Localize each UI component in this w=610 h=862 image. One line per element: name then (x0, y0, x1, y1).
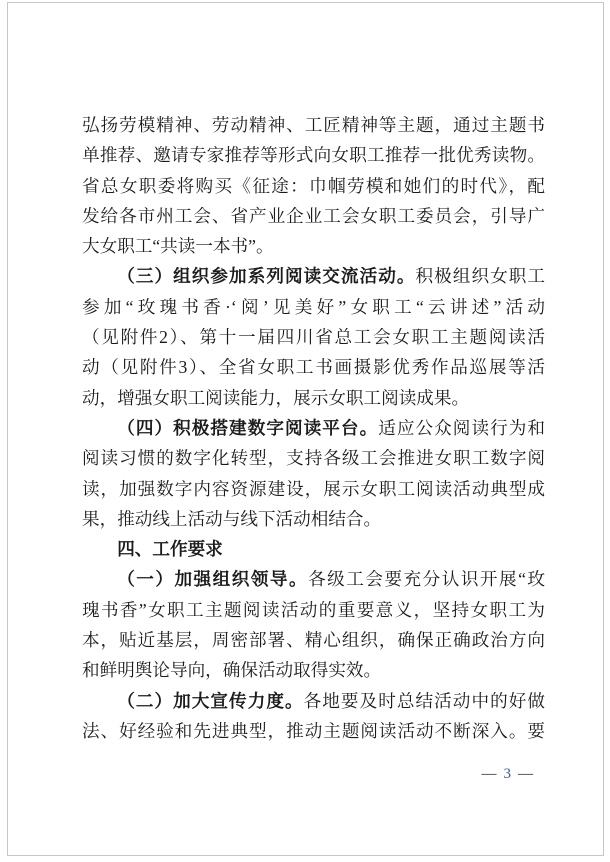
body-text: 动（见附件3）、全省女职工书画摄影优秀作品巡展等活 (82, 357, 545, 377)
text-line: 动（见附件3）、全省女职工书画摄影优秀作品巡展等活 (82, 352, 545, 382)
bold-lead-text: 四、工作要求 (117, 539, 223, 559)
text-line: 读，加强数字内容资源建设，展示女职工阅读活动典型成 (82, 474, 545, 504)
text-line: 和鲜明舆论导向，确保活动取得实效。 (82, 655, 545, 685)
text-line: （三）组织参加系列阅读交流活动。积极组织女职工 (82, 261, 545, 291)
page-number-value: 3 (504, 766, 512, 782)
document-page: { "page": { "background": "#ffffff", "bo… (0, 0, 610, 862)
bold-lead-text: （三）组织参加系列阅读交流活动。 (117, 266, 415, 286)
body-text: 和鲜明舆论导向，确保活动取得实效。 (82, 660, 381, 680)
body-text: 参加“玫瑰书香·‘阅’见美好”女职工“云讲述”活动 (82, 297, 545, 317)
body-text: 积极组织女职工 (416, 266, 545, 286)
bold-lead-text: （四）积极搭建数字阅读平台。 (117, 418, 378, 438)
text-line: 法、好经验和先进典型，推动主题阅读活动不断深入。要 (82, 716, 545, 746)
text-line: 单推荐、邀请专家推荐等形式向女职工推荐一批优秀读物。 (82, 140, 545, 170)
body-text: 单推荐、邀请专家推荐等形式向女职工推荐一批优秀读物。 (82, 145, 545, 165)
text-line: （二）加大宣传力度。各地要及时总结活动中的好做 (82, 686, 545, 716)
body-text: 本，贴近基层，周密部署、精心组织，确保正确政治方向 (82, 630, 545, 650)
text-line: 瑰书香”女职工主题阅读活动的重要意义，坚持女职工为 (82, 595, 545, 625)
text-line: 阅读习惯的数字化转型，支持各级工会推进女职工数字阅 (82, 443, 545, 473)
text-line: 省总女职委将购买《征途：巾帼劳模和她们的时代》，配 (82, 171, 545, 201)
text-line: （一）加强组织领导。各级工会要充分认识开展“玫 (82, 564, 545, 594)
body-text: 法、好经验和先进典型，推动主题阅读活动不断深入。要 (82, 721, 545, 741)
body-text: 各地要及时总结活动中的好做 (304, 691, 545, 711)
body-text: 阅读习惯的数字化转型，支持各级工会推进女职工数字阅 (82, 448, 545, 468)
text-line: 大女职工“共读一本书”。 (82, 231, 545, 261)
page-number-dash-right: — (518, 766, 533, 782)
bold-lead-text: （二）加大宣传力度。 (117, 691, 303, 711)
body-text: 果，推动线上活动与线下活动相结合。 (82, 509, 381, 529)
body-text: 瑰书香”女职工主题阅读活动的重要意义，坚持女职工为 (82, 600, 545, 620)
document-body-text: 弘扬劳模精神、劳动精神、工匠精神等主题，通过主题书单推荐、邀请专家推荐等形式向女… (82, 110, 545, 746)
body-text: 弘扬劳模精神、劳动精神、工匠精神等主题，通过主题书 (82, 115, 545, 135)
bold-lead-text: （一）加强组织领导。 (117, 569, 308, 589)
text-line: 参加“玫瑰书香·‘阅’见美好”女职工“云讲述”活动 (82, 292, 545, 322)
page-number: —3— (482, 766, 534, 783)
body-text: 大女职工“共读一本书”。 (82, 236, 274, 256)
text-line: 弘扬劳模精神、劳动精神、工匠精神等主题，通过主题书 (82, 110, 545, 140)
body-text: 省总女职委将购买《征途：巾帼劳模和她们的时代》，配 (82, 176, 545, 196)
text-line: （四）积极搭建数字阅读平台。适应公众阅读行为和 (82, 413, 545, 443)
text-line: 四、工作要求 (82, 534, 545, 564)
text-line: 发给各市州工会、省产业企业工会女职工委员会，引导广 (82, 201, 545, 231)
text-line: 果，推动线上活动与线下活动相结合。 (82, 504, 545, 534)
text-line: （见附件2）、第十一届四川省总工会女职工主题阅读活 (82, 322, 545, 352)
page-number-dash-left: — (482, 766, 497, 782)
body-text: 各级工会要充分认识开展“玫 (308, 569, 545, 589)
body-text: 动，增强女职工阅读能力，展示女职工阅读成果。 (82, 388, 469, 408)
body-text: 适应公众阅读行为和 (378, 418, 545, 438)
body-text: 读，加强数字内容资源建设，展示女职工阅读活动典型成 (82, 479, 545, 499)
text-line: 本，贴近基层，周密部署、精心组织，确保正确政治方向 (82, 625, 545, 655)
body-text: （见附件2）、第十一届四川省总工会女职工主题阅读活 (82, 327, 545, 347)
text-line: 动，增强女职工阅读能力，展示女职工阅读成果。 (82, 383, 545, 413)
body-text: 发给各市州工会、省产业企业工会女职工委员会，引导广 (82, 206, 545, 226)
